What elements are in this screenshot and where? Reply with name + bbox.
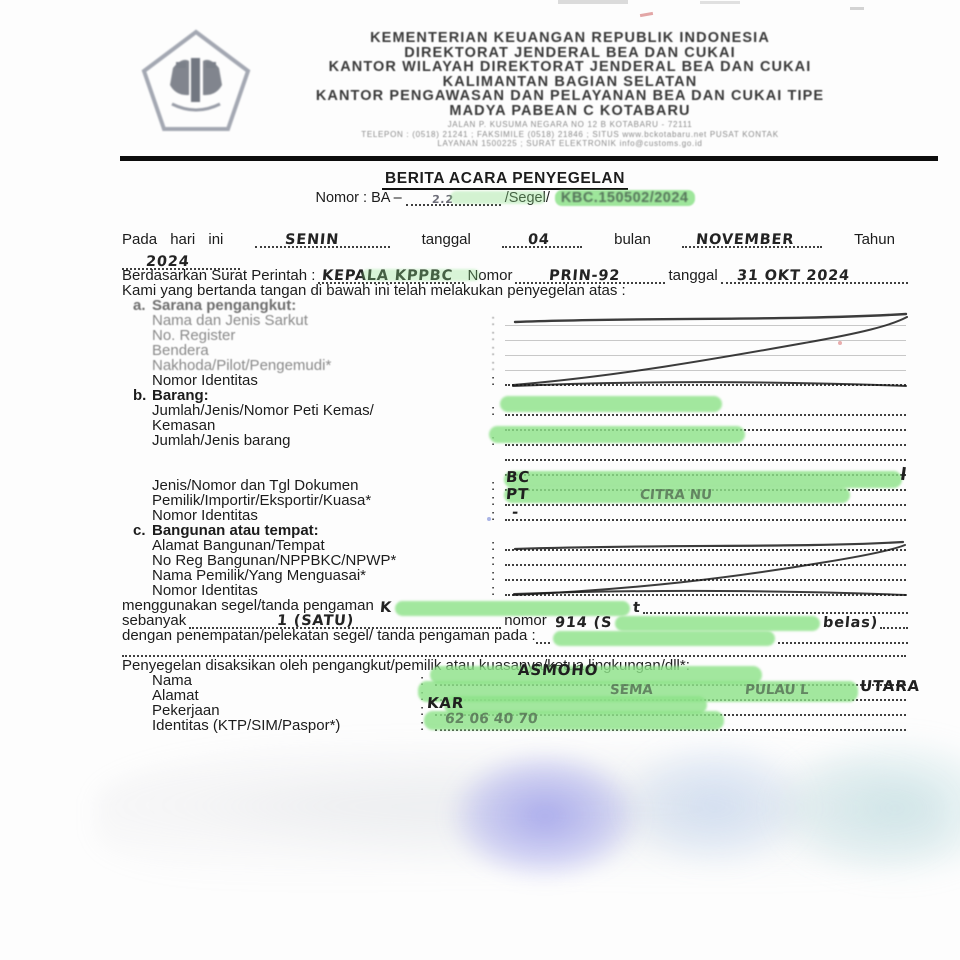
faint-handwriting: 62 06 40 70: [444, 711, 538, 727]
address-line: JALAN P. KUSUMA NEGARA NO 12 B KOTABARU …: [205, 120, 935, 130]
handwritten-month: NOVEMBER: [696, 232, 796, 248]
bottom-blank-row: [512, 949, 744, 960]
faint-handwriting: SEMA: [609, 682, 653, 698]
section-c-letter: c.: [133, 522, 146, 538]
field-row-nakhoda: Nakhoda/Pilot/Pengemudi*:: [152, 357, 908, 373]
blank-line: [505, 549, 906, 551]
handwritten-witness-name: ASMOHO: [517, 661, 599, 679]
org-line: KANTOR PENGAWASAN DAN PELAYANAN BEA DAN …: [205, 89, 935, 104]
blank-line: [536, 627, 550, 644]
org-line: KANTOR WILAYAH DIREKTORAT JENDERAL BEA D…: [205, 60, 935, 75]
text: tanggal: [422, 231, 471, 248]
org-line: MADYA PABEAN C KOTABARU: [205, 104, 935, 119]
blank-line: [505, 594, 906, 596]
nomor-value-redacted: KBC.150502/2024: [555, 190, 695, 206]
address-line: LAYANAN 1500225 ; SURAT ELEKTRONIK info@…: [205, 139, 935, 149]
redaction-highlight: [362, 269, 480, 281]
blank-line: [505, 355, 906, 356]
field-row-nomor-identitas-a: Nomor Identitas:: [152, 372, 908, 388]
letterhead-address: JALAN P. KUSUMA NEGARA NO 12 B KOTABARU …: [205, 120, 935, 149]
redaction-highlight: [489, 426, 745, 443]
scan-speck-blue: [487, 517, 491, 521]
scan-artifact: [558, 0, 628, 4]
org-line: KALIMANTAN BAGIAN SELATAN: [205, 75, 935, 90]
blank-line: [505, 384, 906, 386]
field-row-nama-sarkut: Nama dan Jenis Sarkut:: [152, 312, 908, 328]
field-row-nomor-identitas-b: Nomor Identitas:: [152, 507, 908, 523]
text: Tahun: [854, 231, 895, 248]
org-line: KEMENTERIAN KEUANGAN REPUBLIK INDONESIA: [205, 31, 935, 46]
blank-line: [505, 444, 906, 446]
field-row-bendera: Bendera:: [152, 342, 908, 358]
handwritten-date: 04: [528, 232, 551, 248]
scan-speck-pink: [838, 341, 842, 345]
blank-line: [505, 370, 906, 371]
field-row-nama-pemilik: Nama Pemilik/Yang Menguasai*:: [152, 567, 908, 583]
field-row-alamat-bangunan: Alamat Bangunan/Tempat:: [152, 537, 908, 553]
redaction-highlight: [500, 396, 722, 412]
blank-line: [505, 414, 906, 416]
field-row-no-reg-bangunan: No Reg Bangunan/NPPBKC/NPWP*:: [152, 552, 908, 568]
blurred-stamp-purple: [450, 752, 640, 880]
date-blank: 04: [502, 231, 582, 248]
blank-line: [778, 627, 908, 644]
section-b-title: Barang:: [152, 387, 209, 403]
scan-artifact-red: [640, 12, 653, 17]
document-title: BERITA ACARA PENYEGELAN: [120, 170, 890, 188]
text: Pada hari ini: [122, 231, 223, 248]
faint-handwriting: CITRA NU: [639, 487, 712, 503]
blank-line: [505, 340, 906, 341]
date-line: Pada hari ini SENIN tanggal 04 bulan NOV…: [122, 231, 895, 248]
address-line: TELEPON : (0518) 21241 ; FAKSIMILE (0518…: [205, 130, 935, 140]
handwritten-day: SENIN: [284, 232, 339, 248]
blank-line: [505, 504, 906, 506]
month-blank: NOVEMBER: [682, 231, 822, 248]
handwritten-witness-job: KAR: [426, 694, 465, 712]
section-a-title: Sarana pengangkut:: [152, 297, 296, 313]
letterhead-rule: [120, 156, 938, 161]
seal-placement-line: dengan penempatan/pelekatan segel/ tanda…: [122, 627, 908, 644]
section-b-letter: b.: [133, 387, 146, 403]
redaction-highlight: [450, 191, 546, 204]
blank-line: [505, 459, 906, 461]
field-row-no-register: No. Register:: [152, 327, 908, 343]
blank-line: [505, 564, 906, 566]
section-a-letter: a.: [133, 297, 146, 313]
nomor-prefix: Nomor : BA –: [315, 190, 401, 206]
blank-line: [505, 519, 906, 521]
scanned-document-berita-acara-penyegelan: KEMENTERIAN KEUANGAN REPUBLIK INDONESIA …: [0, 0, 960, 960]
handwritten-owner: PT: [505, 485, 529, 503]
handwritten-doc-type: BC: [505, 468, 531, 486]
field-row-nomor-identitas-c: Nomor Identitas:: [152, 582, 908, 598]
scan-artifact: [700, 1, 740, 4]
section-c-title: Bangunan atau tempat:: [152, 522, 319, 538]
redaction-highlight: [504, 471, 902, 488]
scan-artifact: [850, 7, 864, 10]
text: dengan penempatan/pelekatan segel/ tanda…: [122, 627, 536, 644]
blank-line: [505, 579, 906, 581]
day-blank: SENIN: [255, 231, 390, 248]
org-line: DIREKTORAT JENDERAL BEA DAN CUKAI: [205, 46, 935, 61]
blank-line: [505, 325, 906, 326]
blank-row: [152, 447, 908, 463]
faint-handwriting: PULAU L: [744, 682, 809, 698]
handwritten-witness-address-end: UTARA: [859, 677, 921, 695]
letterhead: KEMENTERIAN KEUANGAN REPUBLIK INDONESIA …: [205, 31, 935, 118]
text: bulan: [614, 231, 651, 248]
